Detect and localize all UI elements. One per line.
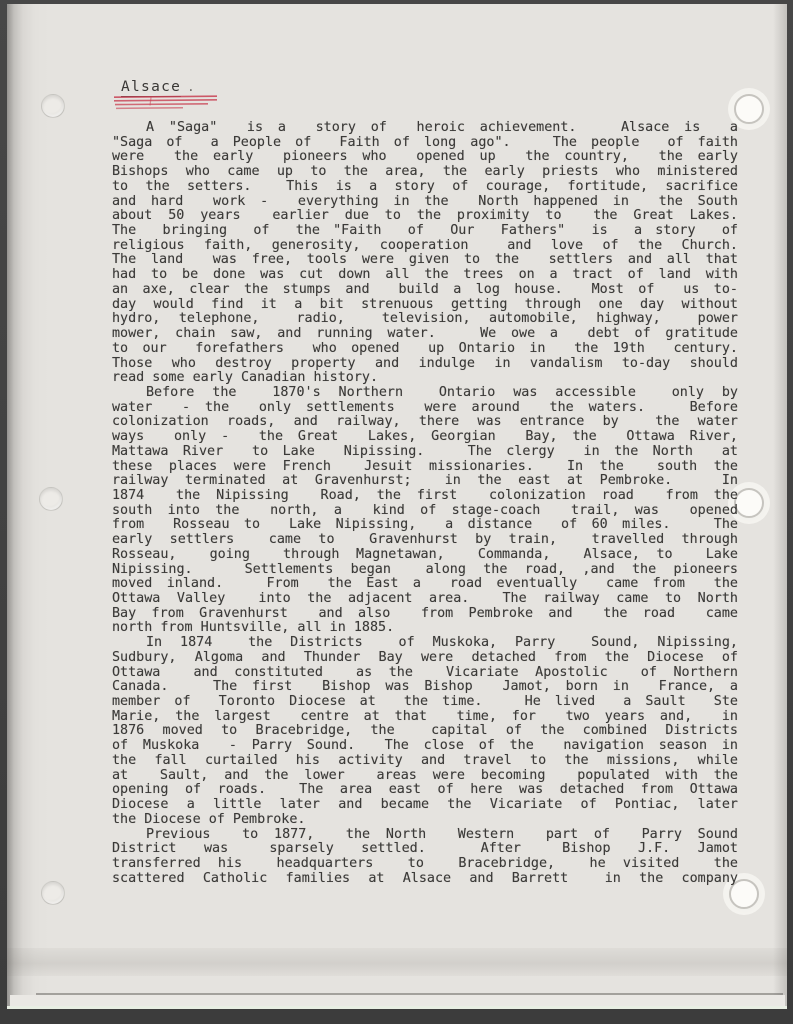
text-line: early settlers came to Gravenhurst by tr… <box>112 533 738 548</box>
text-line: member of Toronto Diocese at the time. H… <box>112 695 738 710</box>
text-line: the fall curtailed his activity and trav… <box>112 754 738 769</box>
paragraph: Before the 1870's Northern Ontario was a… <box>112 386 738 636</box>
stray-typed-dot: . <box>187 80 194 94</box>
paragraph: In 1874 the Districts of Muskoka, Parry … <box>112 636 738 827</box>
text-line: Diocese a little later and became the Vi… <box>112 798 738 813</box>
punch-hole-right-top <box>734 94 764 124</box>
text-line: Ottawa Valley into the adjacent area. Th… <box>112 592 738 607</box>
punch-hole-right-middle <box>734 488 764 518</box>
text-line: Before the 1870's Northern Ontario was a… <box>112 386 738 401</box>
punch-hole-left-top <box>41 94 65 118</box>
text-line: of Muskoka - Parry Sound. The close of t… <box>112 739 738 754</box>
text-line: hydro, telephone, radio, television, aut… <box>112 312 738 327</box>
text-line: In 1874 the Districts of Muskoka, Parry … <box>112 636 738 651</box>
text-line: opening of roads. The area east of here … <box>112 783 738 798</box>
text-line: to our forefathers who opened up Ontario… <box>112 342 738 357</box>
punch-hole-left-middle <box>39 487 63 511</box>
paper-bottom-edge-highlight <box>7 1006 787 1009</box>
text-line: Bishops who came up to the area, the ear… <box>112 165 738 180</box>
text-line: Canada. The first Bishop was Bishop Jamo… <box>112 680 738 695</box>
text-line: The land was free, tools were given to t… <box>112 253 738 268</box>
text-line: Those who destroy property and indulge i… <box>112 357 738 372</box>
text-line: Rosseau, going through Magnetawan, Comma… <box>112 548 738 563</box>
text-line: The bringing of the "Faith of Our Father… <box>112 224 738 239</box>
text-line: from Rosseau to Lake Nipissing, a distan… <box>112 518 738 533</box>
paragraph: Previous to 1877, the North Western part… <box>112 828 738 887</box>
text-line: about 50 years earlier due to the proxim… <box>112 209 738 224</box>
text-line: had to be done was cut down all the tree… <box>112 268 738 283</box>
document-body: A "Saga" is a story of heroic achievemen… <box>112 121 738 886</box>
text-line: District was sparsely settled. After Bis… <box>112 842 738 857</box>
text-line: north from Huntsville, all in 1885. <box>112 621 738 636</box>
red-pen-underline-marks <box>113 95 223 113</box>
paragraph: A "Saga" is a story of heroic achievemen… <box>112 121 738 386</box>
text-line: mower, chain saw, and running water. We … <box>112 327 738 342</box>
photocopy-smudge-band <box>7 948 787 976</box>
text-line: read some early Canadian history. <box>112 371 738 386</box>
text-line: Sudbury, Algoma and Thunder Bay were det… <box>112 651 738 666</box>
text-line: the Diocese of Pembroke. <box>112 813 738 828</box>
text-line: 1874 the Nipissing Road, the first colon… <box>112 489 738 504</box>
text-line: were the early pioneers who opened up th… <box>112 150 738 165</box>
text-line: scattered Catholic families at Alsace an… <box>112 872 738 887</box>
text-line: A "Saga" is a story of heroic achievemen… <box>112 121 738 136</box>
text-line: colonization roads, and railway, there w… <box>112 415 738 430</box>
text-line: ways only - the Great Lakes, Georgian Ba… <box>112 430 738 445</box>
text-line: an axe, clear the stumps and build a log… <box>112 283 738 298</box>
punch-hole-left-bottom <box>41 881 65 905</box>
text-line: Mattawa River to Lake Nipissing. The cle… <box>112 445 738 460</box>
text-line: 1876 moved to Bracebridge, the capital o… <box>112 724 738 739</box>
text-line: moved inland. From the East a road event… <box>112 577 738 592</box>
scanned-page: Alsace. A "Saga" is a story of heroic ac… <box>0 0 793 1024</box>
title-block: Alsace. <box>121 76 194 97</box>
text-line: railway terminated at Gravenhurst; in th… <box>112 474 738 489</box>
text-line: transferred his headquarters to Bracebri… <box>112 857 738 872</box>
text-line: Previous to 1877, the North Western part… <box>112 828 738 843</box>
text-line: to the setters. This is a story of coura… <box>112 180 738 195</box>
